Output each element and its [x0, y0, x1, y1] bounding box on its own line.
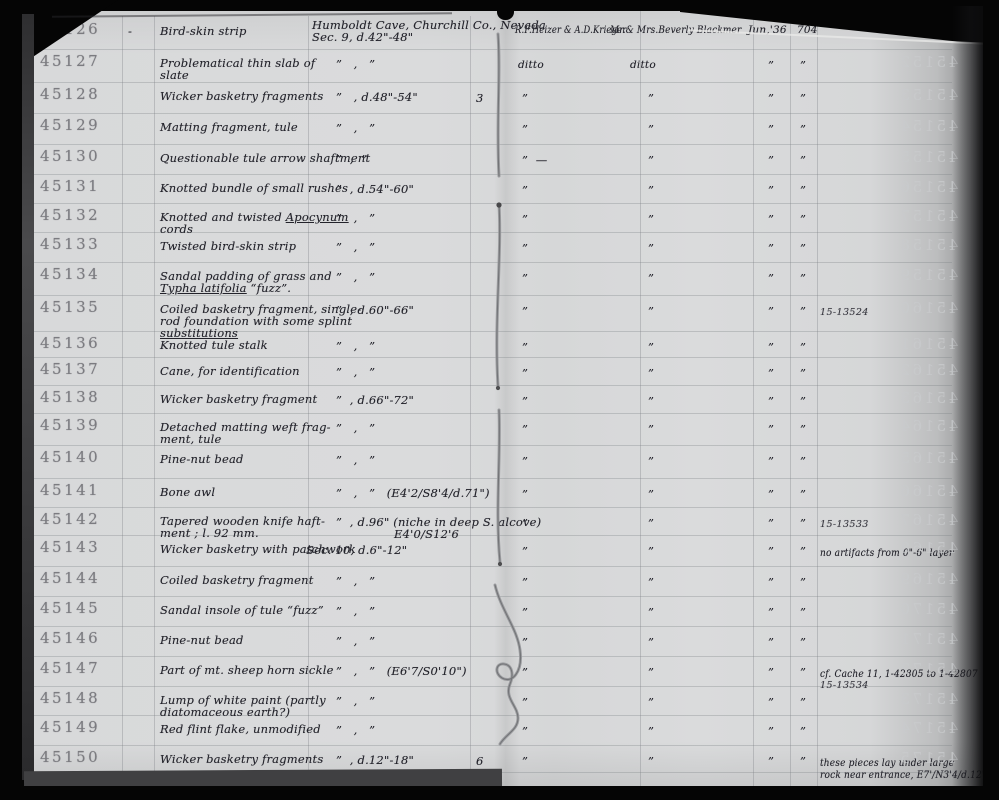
accession-number-cell: ”	[800, 123, 806, 135]
date-cell: ”	[768, 545, 774, 557]
ghost-number: 45156	[898, 180, 958, 195]
catalog-number: 45148	[40, 691, 100, 706]
catalog-number: 45137	[40, 362, 100, 377]
donor-cell: ”	[648, 545, 654, 557]
description-line: diatomaceous earth?)	[160, 706, 290, 718]
description-line: Bone awl	[160, 486, 215, 498]
accession-number-cell: ”	[800, 272, 806, 284]
donor-cell: ”	[648, 184, 654, 196]
date-cell: ”	[768, 213, 774, 225]
ghost-number: 45173	[898, 692, 958, 707]
ghost-number: 45167	[898, 513, 958, 528]
catalog-number: 45147	[40, 661, 100, 676]
catalog-number: 45129	[40, 118, 100, 133]
date-cell: ”	[768, 725, 774, 737]
ghost-number: 45168	[898, 541, 958, 556]
description-line: ment, tule	[160, 433, 222, 445]
description-line: Bird-skin strip	[160, 25, 247, 37]
location-line: ” , d.60"-66"	[336, 304, 414, 316]
date-cell: ”	[768, 272, 774, 284]
location-line: ” , ”	[336, 695, 375, 707]
location-line: ” , ” (E4'2/S8'4/d.71")	[336, 487, 490, 499]
ghost-number: 45161	[898, 337, 958, 352]
accession-number-cell: ”	[800, 576, 806, 588]
location-line: ” , ”	[336, 724, 375, 736]
location-line: ” , d.12"-18"	[336, 754, 414, 766]
description-line: Part of mt. sheep horn sickle	[160, 664, 334, 676]
accession-number-cell: ”	[800, 242, 806, 254]
date-cell: ”	[768, 395, 774, 407]
location-line: ” , ”	[336, 58, 375, 70]
donor-cell: ”	[648, 242, 654, 254]
description-line: Wicker basketry fragments	[160, 753, 323, 765]
donor-cell: ”	[648, 576, 654, 588]
location-line: ” , ”	[336, 271, 375, 283]
donor-cell: ”	[648, 305, 654, 317]
ghost-number: 45157	[898, 209, 958, 224]
catalog-number: 45139	[40, 418, 100, 433]
location-line: Sec. 10, d.6"-12"	[306, 544, 407, 556]
location-line: ” , ”	[336, 340, 375, 352]
date-cell: ”	[768, 755, 774, 767]
accession-number-cell: ”	[800, 184, 806, 196]
donor-cell: ”	[648, 517, 654, 529]
left-black-border	[0, 0, 24, 800]
donor-cell: ”	[648, 367, 654, 379]
description-line: Matting fragment, tule	[160, 121, 298, 133]
ghost-number: 45162	[898, 363, 958, 378]
ghost-number: 45155	[898, 150, 958, 165]
date-cell: ”	[768, 576, 774, 588]
description-line: slate	[160, 69, 189, 81]
date-cell: ”	[768, 666, 774, 678]
date-cell: ”	[768, 59, 774, 71]
catalog-number: 45131	[40, 179, 100, 194]
row-dash: -	[128, 25, 132, 37]
ghost-number: 45172	[898, 662, 958, 677]
binding-string-icon	[468, 0, 540, 800]
accession-number-cell: ”	[800, 696, 806, 708]
donor-cell: ”	[648, 423, 654, 435]
accession-number-cell: ”	[800, 725, 806, 737]
description-line: Wicker basketry fragment	[160, 393, 317, 405]
catalog-number: 45145	[40, 601, 100, 616]
donor-cell: ”	[648, 92, 654, 104]
ghost-number: 45175	[898, 751, 958, 766]
catalog-number: 45132	[40, 208, 100, 223]
description-line: Wicker basketry fragments	[160, 90, 323, 102]
description-line: Pine-nut bead	[160, 634, 244, 646]
accession-number-cell: ”	[800, 666, 806, 678]
accession-number-cell: ”	[800, 755, 806, 767]
catalog-number: 45134	[40, 267, 100, 282]
accession-number-cell: ”	[800, 636, 806, 648]
accession-number-cell: ”	[800, 59, 806, 71]
date-cell: ”	[768, 92, 774, 104]
donor-cell: ”	[648, 395, 654, 407]
location-line: ” , d.48"-54"	[336, 91, 418, 103]
accession-number-cell: ”	[800, 545, 806, 557]
donor-cell: ”	[648, 123, 654, 135]
description-line: Coiled basketry fragment	[160, 574, 314, 586]
catalog-number: 45128	[40, 87, 100, 102]
date-cell: ”	[768, 123, 774, 135]
donor-cell: ”	[648, 666, 654, 678]
donor-cell: ”	[648, 272, 654, 284]
catalog-number: 45144	[40, 571, 100, 586]
ghost-number: 45169	[898, 572, 958, 587]
donor-cell: ”	[648, 154, 654, 166]
donor-cell: ”	[648, 213, 654, 225]
date-cell: ”	[768, 636, 774, 648]
location-line: ” , ”	[336, 635, 375, 647]
accession-number-cell: ”	[800, 488, 806, 500]
catalog-number: 45140	[40, 450, 100, 465]
catalog-number: 45136	[40, 336, 100, 351]
location-line: ” , ”	[336, 366, 375, 378]
donor-cell: ”	[648, 725, 654, 737]
catalog-number: 45133	[40, 237, 100, 252]
donor-cell: ”	[648, 606, 654, 618]
ghost-number: 45164	[898, 419, 958, 434]
date-cell: ”	[768, 423, 774, 435]
binding-top-notch	[497, 0, 514, 20]
book-cover-left-edge	[22, 14, 34, 780]
location-line: ” , d.66"-72"	[336, 394, 414, 406]
accession-number-cell: ”	[800, 423, 806, 435]
location-line: ” , ”	[336, 241, 375, 253]
accession-number-cell: ”	[800, 455, 806, 467]
catalog-number: 45130	[40, 149, 100, 164]
ghost-number: 45154	[898, 119, 958, 134]
donor-cell: ditto	[630, 59, 656, 71]
catalog-number: 45146	[40, 631, 100, 646]
catalog-number: 45141	[40, 483, 100, 498]
description-line: Pine-nut bead	[160, 453, 244, 465]
description-line: Knotted bundle of small rushes	[160, 182, 348, 194]
date-cell: ”	[768, 341, 774, 353]
description-line: Knotted tule stalk	[160, 339, 268, 351]
location-line: Sec. 9, d.42"-48"	[312, 31, 413, 43]
description-line: cords	[160, 223, 193, 235]
accession-number-cell: ”	[800, 305, 806, 317]
date-cell: ”	[768, 488, 774, 500]
accession-number-cell: ”	[800, 154, 806, 166]
location-line: ” , ”	[336, 153, 367, 165]
ghost-number: 45160	[898, 301, 958, 316]
donor-cell: ”	[648, 636, 654, 648]
location-line: ” , ”	[336, 605, 375, 617]
accession-number-cell: ”	[800, 213, 806, 225]
location-line: ” , ”	[336, 575, 375, 587]
catalog-number: 45135	[40, 300, 100, 315]
date-cell: ”	[768, 517, 774, 529]
description-line: Red flint flake, unmodified	[160, 723, 321, 735]
description-line: Cane, for identification	[160, 365, 300, 377]
location-line: ” , ”	[336, 454, 375, 466]
ghost-number: 45170	[898, 602, 958, 617]
date-cell: ”	[768, 606, 774, 618]
accession-number-cell: ”	[800, 341, 806, 353]
catalog-number: 45149	[40, 720, 100, 735]
right-page-curl-shadow	[952, 6, 986, 790]
accession-number-cell: ”	[800, 92, 806, 104]
note-line: 15-13524	[820, 307, 869, 319]
note-line: 15-13534	[820, 680, 869, 692]
donor-cell: ”	[648, 341, 654, 353]
date-cell: ”	[768, 154, 774, 166]
donor-cell: ”	[648, 696, 654, 708]
catalog-number: 45143	[40, 540, 100, 555]
donor-cell: ”	[648, 488, 654, 500]
right-black-border	[983, 0, 999, 800]
note-line: 15-13533	[820, 519, 869, 531]
description-line: ment ; l. 92 mm.	[160, 527, 259, 539]
catalog-number: 45138	[40, 390, 100, 405]
catalog-number: 45150	[40, 750, 100, 765]
ghost-number: 45171	[898, 632, 958, 647]
date-cell: ”	[768, 455, 774, 467]
location-line: ” , ”	[336, 422, 375, 434]
accession-number-cell: ”	[800, 395, 806, 407]
catalog-number: 45127	[40, 54, 100, 69]
location-line: E4'0/S12'6	[394, 528, 459, 540]
accession-number-cell: ”	[800, 606, 806, 618]
catalog-number: 45142	[40, 512, 100, 527]
description-line: Twisted bird-skin strip	[160, 240, 296, 252]
location-line: ” , ” (E6'7/S0'10")	[336, 665, 467, 677]
ghost-number: 45174	[898, 721, 958, 736]
date-cell: ”	[768, 696, 774, 708]
bottom-black-border	[0, 786, 999, 800]
date-cell: ”	[768, 305, 774, 317]
ghost-number: 45152	[898, 55, 958, 70]
ghost-number: 45153	[898, 88, 958, 103]
location-line: ” , d.54"-60"	[336, 183, 414, 195]
ghost-number: 45166	[898, 484, 958, 499]
donor-cell: ”	[648, 755, 654, 767]
ghost-number: 45158	[898, 238, 958, 253]
description-line: Sandal insole of tule “fuzz”	[160, 604, 324, 616]
ghost-number: 45165	[898, 451, 958, 466]
ledger-scan: 45126-Bird-skin stripHumboldt Cave, Chur…	[0, 0, 999, 800]
date-cell: ”	[768, 242, 774, 254]
location-line: ” , ”	[336, 122, 375, 134]
ghost-number: 45159	[898, 268, 958, 283]
accession-number-cell: ”	[800, 517, 806, 529]
date-cell: ”	[768, 367, 774, 379]
location-line: ” , ”	[336, 212, 375, 224]
accession-number-cell: ”	[800, 367, 806, 379]
description-line: Typha latifolia “fuzz”.	[160, 282, 291, 294]
ghost-number: 45163	[898, 391, 958, 406]
donor-cell: ”	[648, 455, 654, 467]
date-cell: ”	[768, 184, 774, 196]
